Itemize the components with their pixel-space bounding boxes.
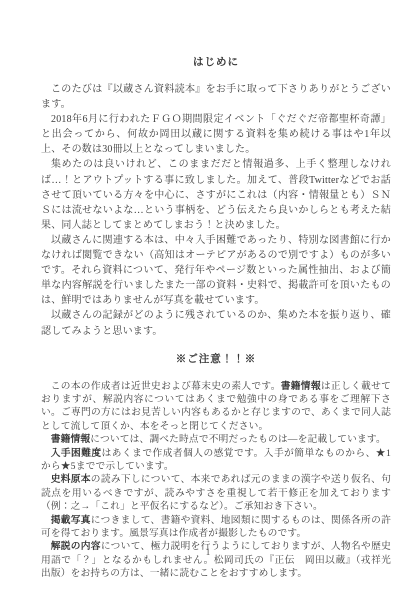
body-text: につきまして、書籍や資料、地図類に関するものは、関係各所の許可を得ております。風…: [41, 515, 391, 539]
paragraph: 史料原本の読み下しについて、本来であれば元のままの漢字や送り仮名、句読点を用いる…: [41, 473, 391, 513]
body-text: 2018年6月に行われたＦＧＯ期間限定イベント「ぐだぐだ帝都聖杯奇譚」と出会って…: [41, 114, 391, 155]
emphasis-text: 入手困難度: [51, 448, 102, 459]
paragraph: 書籍情報については、調べた時点で不明だったものは―を記載しています。: [41, 433, 391, 446]
paragraph: 以蔵さんに関連する本は、中々入手困難であったり、特別な図書館に行かなければ閲覧で…: [41, 233, 391, 308]
paragraph: 以蔵さんの記録がどのように残されているのか、集めた本を振り返り、確認してみようと…: [41, 308, 391, 338]
paragraph: この本の作成者は近世史および幕末史の素人です。書籍情報は正しく載せておりますが、…: [41, 380, 391, 434]
body-text: については、調べた時点で不明だったものは―を記載しています。: [90, 434, 386, 445]
document-section: はじめにこのたびは『以蔵さん資料読本』をお手に取って下さりありがとうございます。…: [41, 54, 391, 339]
paragraph: このたびは『以蔵さん資料読本』をお手に取って下さりありがとうございます。: [41, 82, 391, 112]
document-page: はじめにこのたびは『以蔵さん資料読本』をお手に取って下さりありがとうございます。…: [0, 0, 420, 595]
body-text: この本の作成者は近世史および幕末史の素人です。: [51, 381, 281, 392]
body-text: 以蔵さんに関連する本は、中々入手困難であったり、特別な図書館に行かなければ閲覧で…: [41, 235, 391, 306]
emphasis-text: 書籍情報: [281, 381, 321, 392]
body-text: このたびは『以蔵さん資料読本』をお手に取って下さりありがとうございます。: [41, 84, 391, 110]
body-text: 集めたのは良いけれど、このままだだと情報過多、上手く整理しなければ…！とアウトプ…: [41, 159, 391, 230]
emphasis-text: 書籍情報: [51, 434, 91, 445]
paragraph: 2018年6月に行われたＦＧＯ期間限定イベント「ぐだぐだ帝都聖杯奇譚」と出会って…: [41, 112, 391, 157]
body-text: 以蔵さんの記録がどのように残されているのか、集めた本を振り返り、確認してみようと…: [41, 310, 391, 336]
section-heading: はじめに: [41, 54, 391, 69]
page-number: 1: [0, 547, 416, 557]
document-body: はじめにこのたびは『以蔵さん資料読本』をお手に取って下さりありがとうございます。…: [41, 54, 391, 581]
section-heading: ※ご注意！！※: [41, 351, 391, 366]
paragraph: 集めたのは良いけれど、このままだだと情報過多、上手く整理しなければ…！とアウトプ…: [41, 157, 391, 232]
paragraph: 入手困難度はあくまで作成者個人の感覚です。入手が簡単なものから、★1から★5まで…: [41, 447, 391, 474]
emphasis-text: 掲載写真: [51, 515, 91, 526]
body-text: の読み下しについて、本来であれば元のままの漢字や送り仮名、句読点を用いるべきです…: [41, 474, 391, 512]
emphasis-text: 史料原本: [51, 474, 91, 485]
paragraph: 掲載写真につきまして、書籍や資料、地図類に関するものは、関係各所の許可を得ており…: [41, 514, 391, 541]
